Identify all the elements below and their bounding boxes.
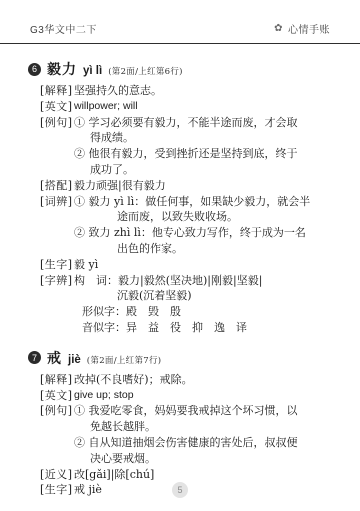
row-text: 成功了。 [90,162,360,178]
entry-row: 沉毅(沉着坚毅) [0,288,360,304]
page-header: G3华文中二下 ✿ 心情手账 [0,0,360,44]
header-right-group: ✿ 心情手账 [274,21,330,36]
row-text: 改[gǎi]|除[chú] [74,467,360,483]
entry-row: 音似字：异 益 役 抑 逸 译 [0,320,360,336]
row-text: 坚强持久的意志。 [74,83,360,99]
row-label: [生字] [40,482,74,498]
row-text: 毅 yì [74,257,360,273]
row-text: give up; stop [74,388,360,404]
entry-row: [搭配] 毅力顽强|很有毅力 [0,178,360,194]
header-series-title: 心情手账 [288,21,330,36]
flower-logo-icon: ✿ [274,24,283,34]
row-text: 得成绩。 [90,130,360,146]
entry-row: [英文] willpower; will [0,99,360,115]
row-text: ① 学习必须要有毅力，不能半途而废，才会取 [74,115,360,131]
entry-rows: [解释] 坚强持久的意志。 [英文] willpower; will [例句] … [0,83,360,336]
entry-number-badge: 7 [28,351,41,364]
entry-number-badge: 6 [28,63,41,76]
row-text: 改掉(不良嗜好)；戒除。 [74,372,360,388]
textbook-page: G3华文中二下 ✿ 心情手账 6 毅力 yì lì (第2面/上红第6行) [解… [0,0,360,511]
entry-row: 形似字：殿 毁 殷 [0,304,360,320]
row-label: [近义] [40,467,74,483]
row-label: [搭配] [40,178,74,194]
row-text: 戒 jiè [74,482,360,498]
entry-row: 决心要戒烟。 [0,451,360,467]
entry-row: [例句] ① 学习必须要有毅力，不能半途而废，才会取 [0,115,360,131]
entry-row: 免越长越胖。 [0,419,360,435]
row-label: [英文] [40,388,74,404]
header-book-title: G3华文中二下 [30,21,97,36]
entry-row: [生字] 毅 yì [0,257,360,273]
entry-row: 出色的作家。 [0,241,360,257]
page-number-badge: 5 [172,482,188,498]
row-text: 构 词：毅力|毅然(坚决地)|刚毅|坚毅| [74,273,360,289]
vocab-entry: 7 戒 jiè (第2面/上红第7行) [解释] 改掉(不良嗜好)；戒除。 [英… [0,348,360,498]
row-text: willpower; will [74,99,360,115]
row-text: 决心要戒烟。 [90,451,360,467]
entry-row: [词辨] ① 毅力 yì lì：做任何事，如果缺少毅力，就会半 [0,194,360,210]
row-text: ② 自从知道抽烟会伤害健康的害处后，叔叔便 [74,435,360,451]
entry-word: 毅力 [47,59,77,79]
row-text: ① 毅力 yì lì：做任何事，如果缺少毅力，就会半 [74,194,360,210]
entry-row: [解释] 改掉(不良嗜好)；戒除。 [0,372,360,388]
row-label: [生字] [40,257,74,273]
row-text: ② 致力 zhì lì：他专心致力写作，终于成为一名 [74,225,360,241]
row-label: [词辨] [40,194,74,210]
row-text: ② 他很有毅力，受到挫折还是坚持到底，终于 [74,146,360,162]
entry-row: 途而废，以致失败收场。 [0,209,360,225]
row-label: [英文] [40,99,74,115]
row-label: [解释] [40,372,74,388]
entry-row: 得成绩。 [0,130,360,146]
vocab-entry: 6 毅力 yì lì (第2面/上红第6行) [解释] 坚强持久的意志。 [英文… [0,59,360,336]
entry-title: 6 毅力 yì lì (第2面/上红第6行) [28,59,360,79]
entry-source-reference: (第2面/上红第6行) [108,65,183,77]
row-label: [字辨] [40,273,74,289]
row-label: [例句] [40,115,74,131]
entry-row: ② 自从知道抽烟会伤害健康的害处后，叔叔便 [0,435,360,451]
entry-row: ② 致力 zhì lì：他专心致力写作，终于成为一名 [0,225,360,241]
row-text: 途而废，以致失败收场。 [117,209,360,225]
row-text: 形似字：殿 毁 殷 [82,304,360,320]
row-text: 沉毅(沉着坚毅) [117,288,360,304]
entry-pinyin: jiè [68,354,81,366]
entries-container: 6 毅力 yì lì (第2面/上红第6行) [解释] 坚强持久的意志。 [英文… [0,44,360,498]
row-text: 音似字：异 益 役 抑 逸 译 [82,320,360,336]
entry-pinyin: yì lì [83,65,102,77]
entry-word: 戒 [47,348,62,368]
entry-source-reference: (第2面/上红第7行) [87,354,162,366]
entry-row: [近义] 改[gǎi]|除[chú] [0,467,360,483]
entry-rows: [解释] 改掉(不良嗜好)；戒除。 [英文] give up; stop [例句… [0,372,360,498]
row-label: [例句] [40,403,74,419]
entry-row: [英文] give up; stop [0,388,360,404]
row-text: 毅力顽强|很有毅力 [74,178,360,194]
row-label: [解释] [40,83,74,99]
entry-row: [例句] ① 我爱吃零食，妈妈要我戒掉这个坏习惯，以 [0,403,360,419]
row-text: 出色的作家。 [117,241,360,257]
entry-title: 7 戒 jiè (第2面/上红第7行) [28,348,360,368]
entry-row: 成功了。 [0,162,360,178]
entry-row: [解释] 坚强持久的意志。 [0,83,360,99]
entry-row: ② 他很有毅力，受到挫折还是坚持到底，终于 [0,146,360,162]
entry-row: [字辨] 构 词：毅力|毅然(坚决地)|刚毅|坚毅| [0,273,360,289]
row-text: ① 我爱吃零食，妈妈要我戒掉这个坏习惯，以 [74,403,360,419]
row-text: 免越长越胖。 [90,419,360,435]
